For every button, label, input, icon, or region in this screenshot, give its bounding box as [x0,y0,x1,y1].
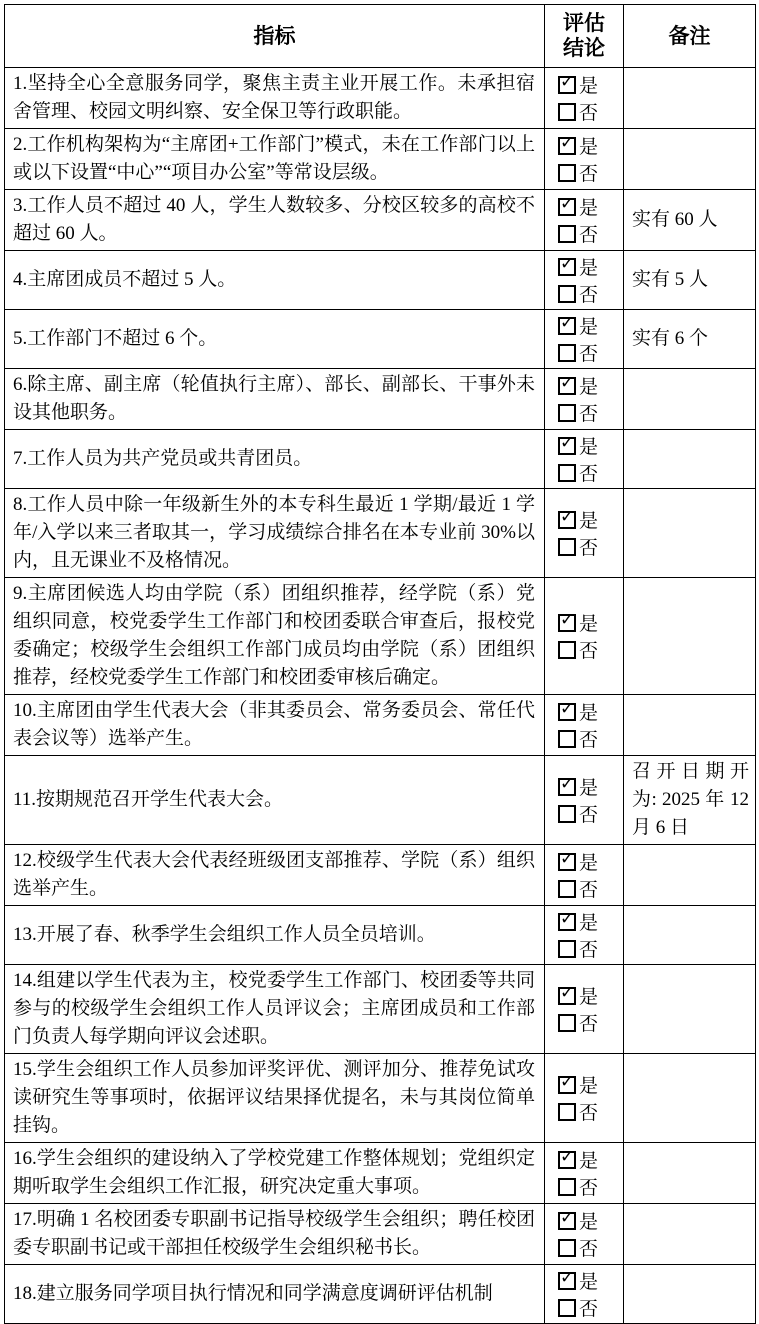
no-checkbox-icon[interactable] [558,344,576,362]
conclusion-cell: 是 否 [545,845,624,906]
remark-cell [624,129,756,190]
remark-cell [624,906,756,965]
conclusion-cell: 是 否 [545,578,624,695]
indicator-cell: 9.主席团候选人均由学院（系）团组织推荐，经学院（系）党组织同意，校党委学生工作… [5,578,545,695]
no-option-label: 否 [579,800,598,827]
no-option[interactable]: 否 [558,1009,623,1036]
header-indicator-label: 指标 [254,24,296,48]
yes-option-label: 是 [579,432,598,459]
yes-checkbox-icon[interactable] [558,987,576,1005]
conclusion-cell: 是 否 [545,129,624,190]
yes-option-label: 是 [579,1146,598,1173]
table-row: 14.组建以学生代表为主，校党委学生工作部门、校团委等共同参与的校级学生会组织工… [5,965,756,1054]
table-row: 1.坚持全心全意服务同学，聚焦主责主业开展工作。未承担宿舍管理、校园文明纠察、安… [5,68,756,129]
no-option-label: 否 [579,399,598,426]
yes-option[interactable]: 是 [558,1071,623,1098]
yes-option-label: 是 [579,698,598,725]
indicator-cell: 2.工作机构架构为“主席团+工作部门”模式，未在工作部门以上或以下设置“中心”“… [5,129,545,190]
header-conclusion: 评估结论 [545,5,624,68]
yes-option[interactable]: 是 [558,609,623,636]
yes-option-label: 是 [579,71,598,98]
indicator-cell: 17.明确 1 名校团委专职副书记指导校级学生会组织；聘任校团委专职副书记或干部… [5,1204,545,1265]
header-indicator: 指标 [5,5,545,68]
conclusion-cell: 是 否 [545,310,624,369]
conclusion-cell: 是 否 [545,489,624,578]
indicator-cell: 12.校级学生代表大会代表经班级团支部推荐、学院（系）组织选举产生。 [5,845,545,906]
no-checkbox-icon[interactable] [558,805,576,823]
no-checkbox-icon[interactable] [558,880,576,898]
no-option[interactable]: 否 [558,725,623,752]
indicator-cell: 18.建立服务同学项目执行情况和同学满意度调研评估机制 [5,1265,545,1324]
no-option[interactable]: 否 [558,280,623,307]
header-remark-label: 备注 [669,24,711,48]
no-checkbox-icon[interactable] [558,641,576,659]
remark-cell: 实有 60 人 [624,190,756,251]
table-row: 6.除主席、副主席（轮值执行主席）、部长、副部长、干事外未设其他职务。 是 否 [5,369,756,430]
yes-checkbox-icon[interactable] [558,703,576,721]
table-body: 1.坚持全心全意服务同学，聚焦主责主业开展工作。未承担宿舍管理、校园文明纠察、安… [5,68,756,1324]
remark-cell [624,1054,756,1143]
indicator-cell: 16.学生会组织的建设纳入了学校党建工作整体规划；党组织定期听取学生会组织工作汇… [5,1143,545,1204]
indicator-cell: 5.工作部门不超过 6 个。 [5,310,545,369]
indicator-cell: 13.开展了春、秋季学生会组织工作人员全员培训。 [5,906,545,965]
no-option[interactable]: 否 [558,1098,623,1125]
remark-cell [624,1143,756,1204]
remark-cell [624,1204,756,1265]
no-option-label: 否 [579,98,598,125]
yes-option-label: 是 [579,1267,598,1294]
indicator-cell: 14.组建以学生代表为主，校党委学生工作部门、校团委等共同参与的校级学生会组织工… [5,965,545,1054]
remark-cell [624,1265,756,1324]
no-option[interactable]: 否 [558,935,623,962]
yes-option-label: 是 [579,132,598,159]
yes-checkbox-icon[interactable] [558,137,576,155]
table-row: 9.主席团候选人均由学院（系）团组织推荐，经学院（系）党组织同意，校党委学生工作… [5,578,756,695]
no-option[interactable]: 否 [558,459,623,486]
no-checkbox-icon[interactable] [558,940,576,958]
no-option[interactable]: 否 [558,533,623,560]
yes-option[interactable]: 是 [558,432,623,459]
yes-option[interactable]: 是 [558,982,623,1009]
yes-option[interactable]: 是 [558,908,623,935]
no-option-label: 否 [579,725,598,752]
conclusion-cell: 是 否 [545,430,624,489]
yes-option[interactable]: 是 [558,1207,623,1234]
yes-option-label: 是 [579,908,598,935]
no-checkbox-icon[interactable] [558,285,576,303]
indicator-cell: 6.除主席、副主席（轮值执行主席）、部长、副部长、干事外未设其他职务。 [5,369,545,430]
no-option-label: 否 [579,1234,598,1261]
yes-checkbox-icon[interactable] [558,437,576,455]
table-row: 4.主席团成员不超过 5 人。 是 否 实有 5 人 [5,251,756,310]
no-option-label: 否 [579,935,598,962]
no-checkbox-icon[interactable] [558,1239,576,1257]
yes-checkbox-icon[interactable] [558,377,576,395]
yes-option[interactable]: 是 [558,372,623,399]
no-option-label: 否 [579,339,598,366]
conclusion-cell: 是 否 [545,369,624,430]
yes-option[interactable]: 是 [558,506,623,533]
conclusion-cell: 是 否 [545,1265,624,1324]
remark-cell: 实有 6 个 [624,310,756,369]
table-row: 3.工作人员不超过 40 人，学生人数较多、分校区较多的高校不超过 60 人。 … [5,190,756,251]
remark-cell: 实有 5 人 [624,251,756,310]
no-checkbox-icon[interactable] [558,164,576,182]
yes-checkbox-icon[interactable] [558,778,576,796]
table-row: 7.工作人员为共产党员或共青团员。 是 否 [5,430,756,489]
yes-checkbox-icon[interactable] [558,853,576,871]
no-option-label: 否 [579,459,598,486]
no-option-label: 否 [579,875,598,902]
no-option[interactable]: 否 [558,220,623,247]
remark-cell [624,489,756,578]
no-checkbox-icon[interactable] [558,1178,576,1196]
no-option[interactable]: 否 [558,399,623,426]
yes-option[interactable]: 是 [558,1267,623,1294]
yes-option-label: 是 [579,253,598,280]
yes-checkbox-icon[interactable] [558,1272,576,1290]
yes-checkbox-icon[interactable] [558,317,576,335]
no-checkbox-icon[interactable] [558,225,576,243]
no-option[interactable]: 否 [558,339,623,366]
no-checkbox-icon[interactable] [558,404,576,422]
yes-option-label: 是 [579,982,598,1009]
remark-cell [624,369,756,430]
yes-option[interactable]: 是 [558,773,623,800]
no-option[interactable]: 否 [558,1173,623,1200]
header-remark: 备注 [624,5,756,68]
no-option[interactable]: 否 [558,159,623,186]
remark-cell [624,695,756,756]
remark-cell [624,68,756,129]
no-option-label: 否 [579,280,598,307]
no-option-label: 否 [579,220,598,247]
conclusion-cell: 是 否 [545,251,624,310]
indicator-cell: 3.工作人员不超过 40 人，学生人数较多、分校区较多的高校不超过 60 人。 [5,190,545,251]
indicator-cell: 4.主席团成员不超过 5 人。 [5,251,545,310]
no-option-label: 否 [579,1098,598,1125]
no-option[interactable]: 否 [558,98,623,125]
yes-option[interactable]: 是 [558,1146,623,1173]
no-option[interactable]: 否 [558,800,623,827]
conclusion-cell: 是 否 [545,965,624,1054]
indicator-cell: 8.工作人员中除一年级新生外的本专科生最近 1 学期/最近 1 学年/入学以来三… [5,489,545,578]
remark-cell: 召开日期开为: 2025 年 12 月 6 日 [624,756,756,845]
yes-option-label: 是 [579,372,598,399]
yes-option[interactable]: 是 [558,848,623,875]
conclusion-cell: 是 否 [545,190,624,251]
yes-checkbox-icon[interactable] [558,258,576,276]
yes-checkbox-icon[interactable] [558,1212,576,1230]
table-row: 8.工作人员中除一年级新生外的本专科生最近 1 学期/最近 1 学年/入学以来三… [5,489,756,578]
yes-option-label: 是 [579,193,598,220]
yes-option-label: 是 [579,848,598,875]
yes-checkbox-icon[interactable] [558,614,576,632]
table-row: 13.开展了春、秋季学生会组织工作人员全员培训。 是 否 [5,906,756,965]
yes-checkbox-icon[interactable] [558,913,576,931]
yes-option-label: 是 [579,773,598,800]
yes-option[interactable]: 是 [558,698,623,725]
conclusion-cell: 是 否 [545,1204,624,1265]
no-option-label: 否 [579,533,598,560]
no-checkbox-icon[interactable] [558,103,576,121]
evaluation-table: 指标 评估结论 备注 1.坚持全心全意服务同学，聚焦主责主业开展工作。未承担宿舍… [4,4,756,1324]
no-option[interactable]: 否 [558,636,623,663]
yes-option-label: 是 [579,609,598,636]
yes-option[interactable]: 是 [558,71,623,98]
yes-checkbox-icon[interactable] [558,1151,576,1169]
yes-option-label: 是 [579,1071,598,1098]
yes-option-label: 是 [579,312,598,339]
no-checkbox-icon[interactable] [558,538,576,556]
no-option-label: 否 [579,159,598,186]
table-row: 15.学生会组织工作人员参加评奖评优、测评加分、推荐免试攻读研究生等事项时，依据… [5,1054,756,1143]
yes-option-label: 是 [579,506,598,533]
header-row: 指标 评估结论 备注 [5,5,756,68]
yes-checkbox-icon[interactable] [558,511,576,529]
no-checkbox-icon[interactable] [558,1299,576,1317]
table-row: 18.建立服务同学项目执行情况和同学满意度调研评估机制 是 否 [5,1265,756,1324]
table-row: 2.工作机构架构为“主席团+工作部门”模式，未在工作部门以上或以下设置“中心”“… [5,129,756,190]
yes-checkbox-icon[interactable] [558,76,576,94]
yes-option[interactable]: 是 [558,132,623,159]
indicator-cell: 7.工作人员为共产党员或共青团员。 [5,430,545,489]
no-checkbox-icon[interactable] [558,1014,576,1032]
no-option[interactable]: 否 [558,1234,623,1261]
no-checkbox-icon[interactable] [558,464,576,482]
remark-cell [624,965,756,1054]
table-header: 指标 评估结论 备注 [5,5,756,68]
header-conclusion-label: 评估结论 [563,11,605,61]
conclusion-cell: 是 否 [545,906,624,965]
table-row: 11.按期规范召开学生代表大会。 是 否 召开日期开为: 2025 年 12 月… [5,756,756,845]
evaluation-form-page: 指标 评估结论 备注 1.坚持全心全意服务同学，聚焦主责主业开展工作。未承担宿舍… [0,0,759,1266]
indicator-cell: 15.学生会组织工作人员参加评奖评优、测评加分、推荐免试攻读研究生等事项时，依据… [5,1054,545,1143]
no-option-label: 否 [579,1009,598,1036]
indicator-cell: 10.主席团由学生代表大会（非其委员会、常务委员会、常任代表会议等）选举产生。 [5,695,545,756]
remark-cell [624,578,756,695]
yes-checkbox-icon[interactable] [558,1076,576,1094]
yes-option[interactable]: 是 [558,253,623,280]
indicator-cell: 11.按期规范召开学生代表大会。 [5,756,545,845]
no-option-label: 否 [579,1173,598,1200]
no-checkbox-icon[interactable] [558,730,576,748]
conclusion-cell: 是 否 [545,1054,624,1143]
yes-option[interactable]: 是 [558,312,623,339]
no-checkbox-icon[interactable] [558,1103,576,1121]
no-option[interactable]: 否 [558,875,623,902]
yes-option-label: 是 [579,1207,598,1234]
no-option-label: 否 [579,636,598,663]
yes-option[interactable]: 是 [558,193,623,220]
conclusion-cell: 是 否 [545,68,624,129]
conclusion-cell: 是 否 [545,1143,624,1204]
table-row: 12.校级学生代表大会代表经班级团支部推荐、学院（系）组织选举产生。 是 否 [5,845,756,906]
table-row: 5.工作部门不超过 6 个。 是 否 实有 6 个 [5,310,756,369]
no-option-label: 否 [579,1294,598,1321]
table-row: 10.主席团由学生代表大会（非其委员会、常务委员会、常任代表会议等）选举产生。 … [5,695,756,756]
indicator-cell: 1.坚持全心全意服务同学，聚焦主责主业开展工作。未承担宿舍管理、校园文明纠察、安… [5,68,545,129]
table-row: 17.明确 1 名校团委专职副书记指导校级学生会组织；聘任校团委专职副书记或干部… [5,1204,756,1265]
remark-cell [624,430,756,489]
table-row: 16.学生会组织的建设纳入了学校党建工作整体规划；党组织定期听取学生会组织工作汇… [5,1143,756,1204]
conclusion-cell: 是 否 [545,756,624,845]
conclusion-cell: 是 否 [545,695,624,756]
yes-checkbox-icon[interactable] [558,198,576,216]
no-option[interactable]: 否 [558,1294,623,1321]
remark-cell [624,845,756,906]
